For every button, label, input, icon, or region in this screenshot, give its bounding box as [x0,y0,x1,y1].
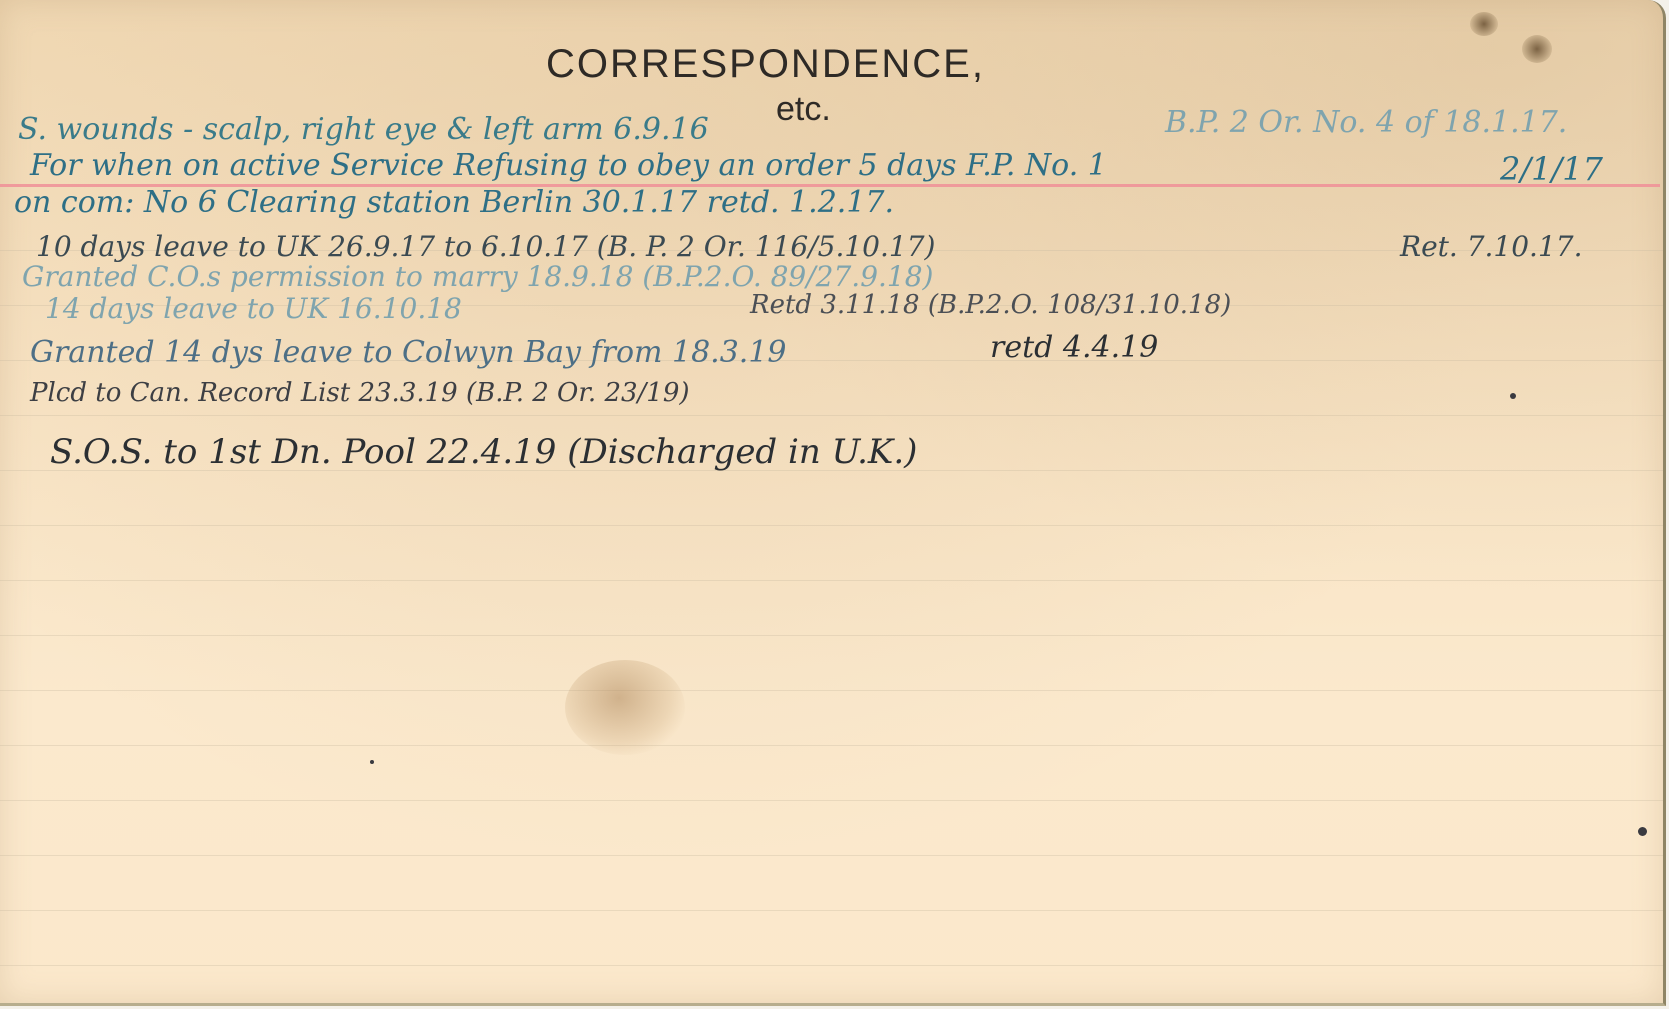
entry-6-text: 14 days leave to UK 16.10.18 [45,292,462,325]
ruled-line [0,690,1663,691]
ruled-line [0,910,1663,911]
ruled-line [0,415,1663,416]
entry-9-text: S.O.S. to 1st Dn. Pool 22.4.19 (Discharg… [50,432,917,472]
ink-dot [1638,827,1647,836]
ruled-line [0,745,1663,746]
entry-4-text: 10 days leave to UK 26.9.17 to 6.10.17 (… [36,230,935,263]
card-subtitle: etc. [776,90,831,129]
paper-stain [565,660,685,755]
ink-dot [1510,393,1516,399]
ruled-line [0,855,1663,856]
entry-6-reference: Retd 3.11.18 (B.P.2.O. 108/31.10.18) [750,290,1231,320]
ruled-line [0,525,1663,526]
ink-dot [370,760,374,764]
card-title: CORRESPONDENCE, [546,42,985,87]
ruled-line [0,635,1663,636]
paper-spot [1522,35,1552,63]
entry-2-text: For when on active Service Refusing to o… [30,148,1107,183]
entry-4-reference: Ret. 7.10.17. [1400,230,1582,263]
entry-1-text: S. wounds - scalp, right eye & left arm … [18,112,709,147]
ruled-line [0,800,1663,801]
paper-spot [1470,12,1498,36]
entry-3-text: on com: No 6 Clearing station Berlin 30.… [14,185,894,220]
entry-8-text: Plcd to Can. Record List 23.3.19 (B.P. 2… [30,378,690,408]
ruled-line [0,580,1663,581]
ruled-line [0,965,1663,966]
record-card: CORRESPONDENCE, etc. S. wounds - scalp, … [0,0,1666,1006]
entry-7-reference: retd 4.4.19 [990,330,1158,365]
entry-1-reference: B.P. 2 Or. No. 4 of 18.1.17. [1165,105,1567,140]
entry-7-text: Granted 14 dys leave to Colwyn Bay from … [30,335,787,370]
entry-2-reference: 2/1/17 [1500,150,1603,188]
entry-5-text: Granted C.O.s permission to marry 18.9.1… [22,260,933,293]
